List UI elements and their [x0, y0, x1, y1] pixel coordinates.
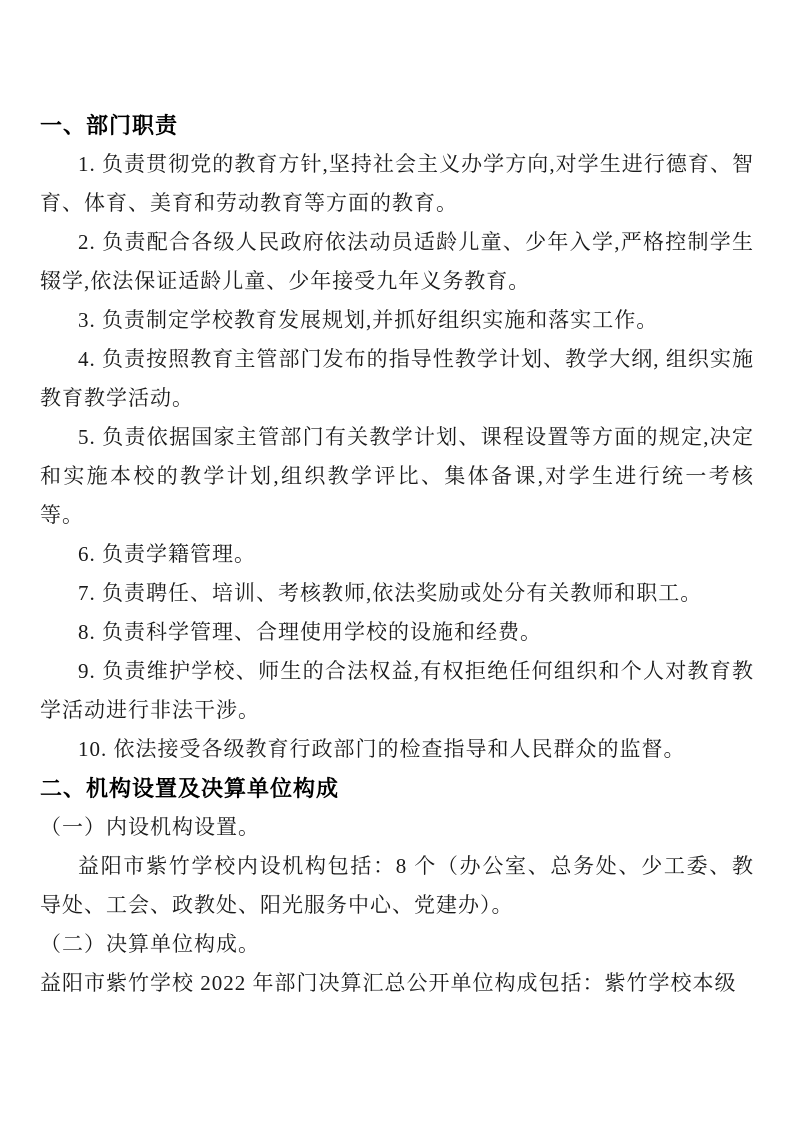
duty-paragraph-1: 1. 负责贯彻党的教育方针,坚持社会主义办学方向,对学生进行德育、智育、体育、美…	[40, 145, 754, 223]
duty-paragraph-7: 7. 负责聘任、培训、考核教师,依法奖励或处分有关教师和职工。	[40, 574, 754, 613]
duty-paragraph-3: 3. 负责制定学校教育发展规划,并抓好组织实施和落实工作。	[40, 301, 754, 340]
duty-paragraph-10: 10. 依法接受各级教育行政部门的检查指导和人民群众的监督。	[40, 730, 754, 769]
section-heading-organization: 二、机构设置及决算单位构成	[40, 769, 754, 808]
duty-paragraph-9: 9. 负责维护学校、师生的合法权益,有权拒绝任何组织和个人对教育教学活动进行非法…	[40, 652, 754, 730]
duty-paragraph-8: 8. 负责科学管理、合理使用学校的设施和经费。	[40, 613, 754, 652]
duty-paragraph-5: 5. 负责依据国家主管部门有关教学计划、课程设置等方面的规定,决定和实施本校的教…	[40, 418, 754, 535]
subsection-1-label: （一）内设机构设置。	[40, 808, 754, 847]
subsection-1-text: 益阳市紫竹学校内设机构包括：8 个（办公室、总务处、少工委、教导处、工会、政教处…	[40, 847, 754, 925]
duty-paragraph-2: 2. 负责配合各级人民政府依法动员适龄儿童、少年入学,严格控制学生辍学,依法保证…	[40, 223, 754, 301]
section-heading-duties: 一、部门职责	[40, 106, 754, 145]
duty-paragraph-4: 4. 负责按照教育主管部门发布的指导性教学计划、教学大纲, 组织实施教育教学活动…	[40, 340, 754, 418]
duty-paragraph-6: 6. 负责学籍管理。	[40, 535, 754, 574]
document-page: 一、部门职责 1. 负责贯彻党的教育方针,坚持社会主义办学方向,对学生进行德育、…	[0, 0, 794, 1122]
subsection-2-label: （二）决算单位构成。	[40, 925, 754, 964]
subsection-2-text: 益阳市紫竹学校 2022 年部门决算汇总公开单位构成包括：紫竹学校本级	[40, 964, 754, 1003]
